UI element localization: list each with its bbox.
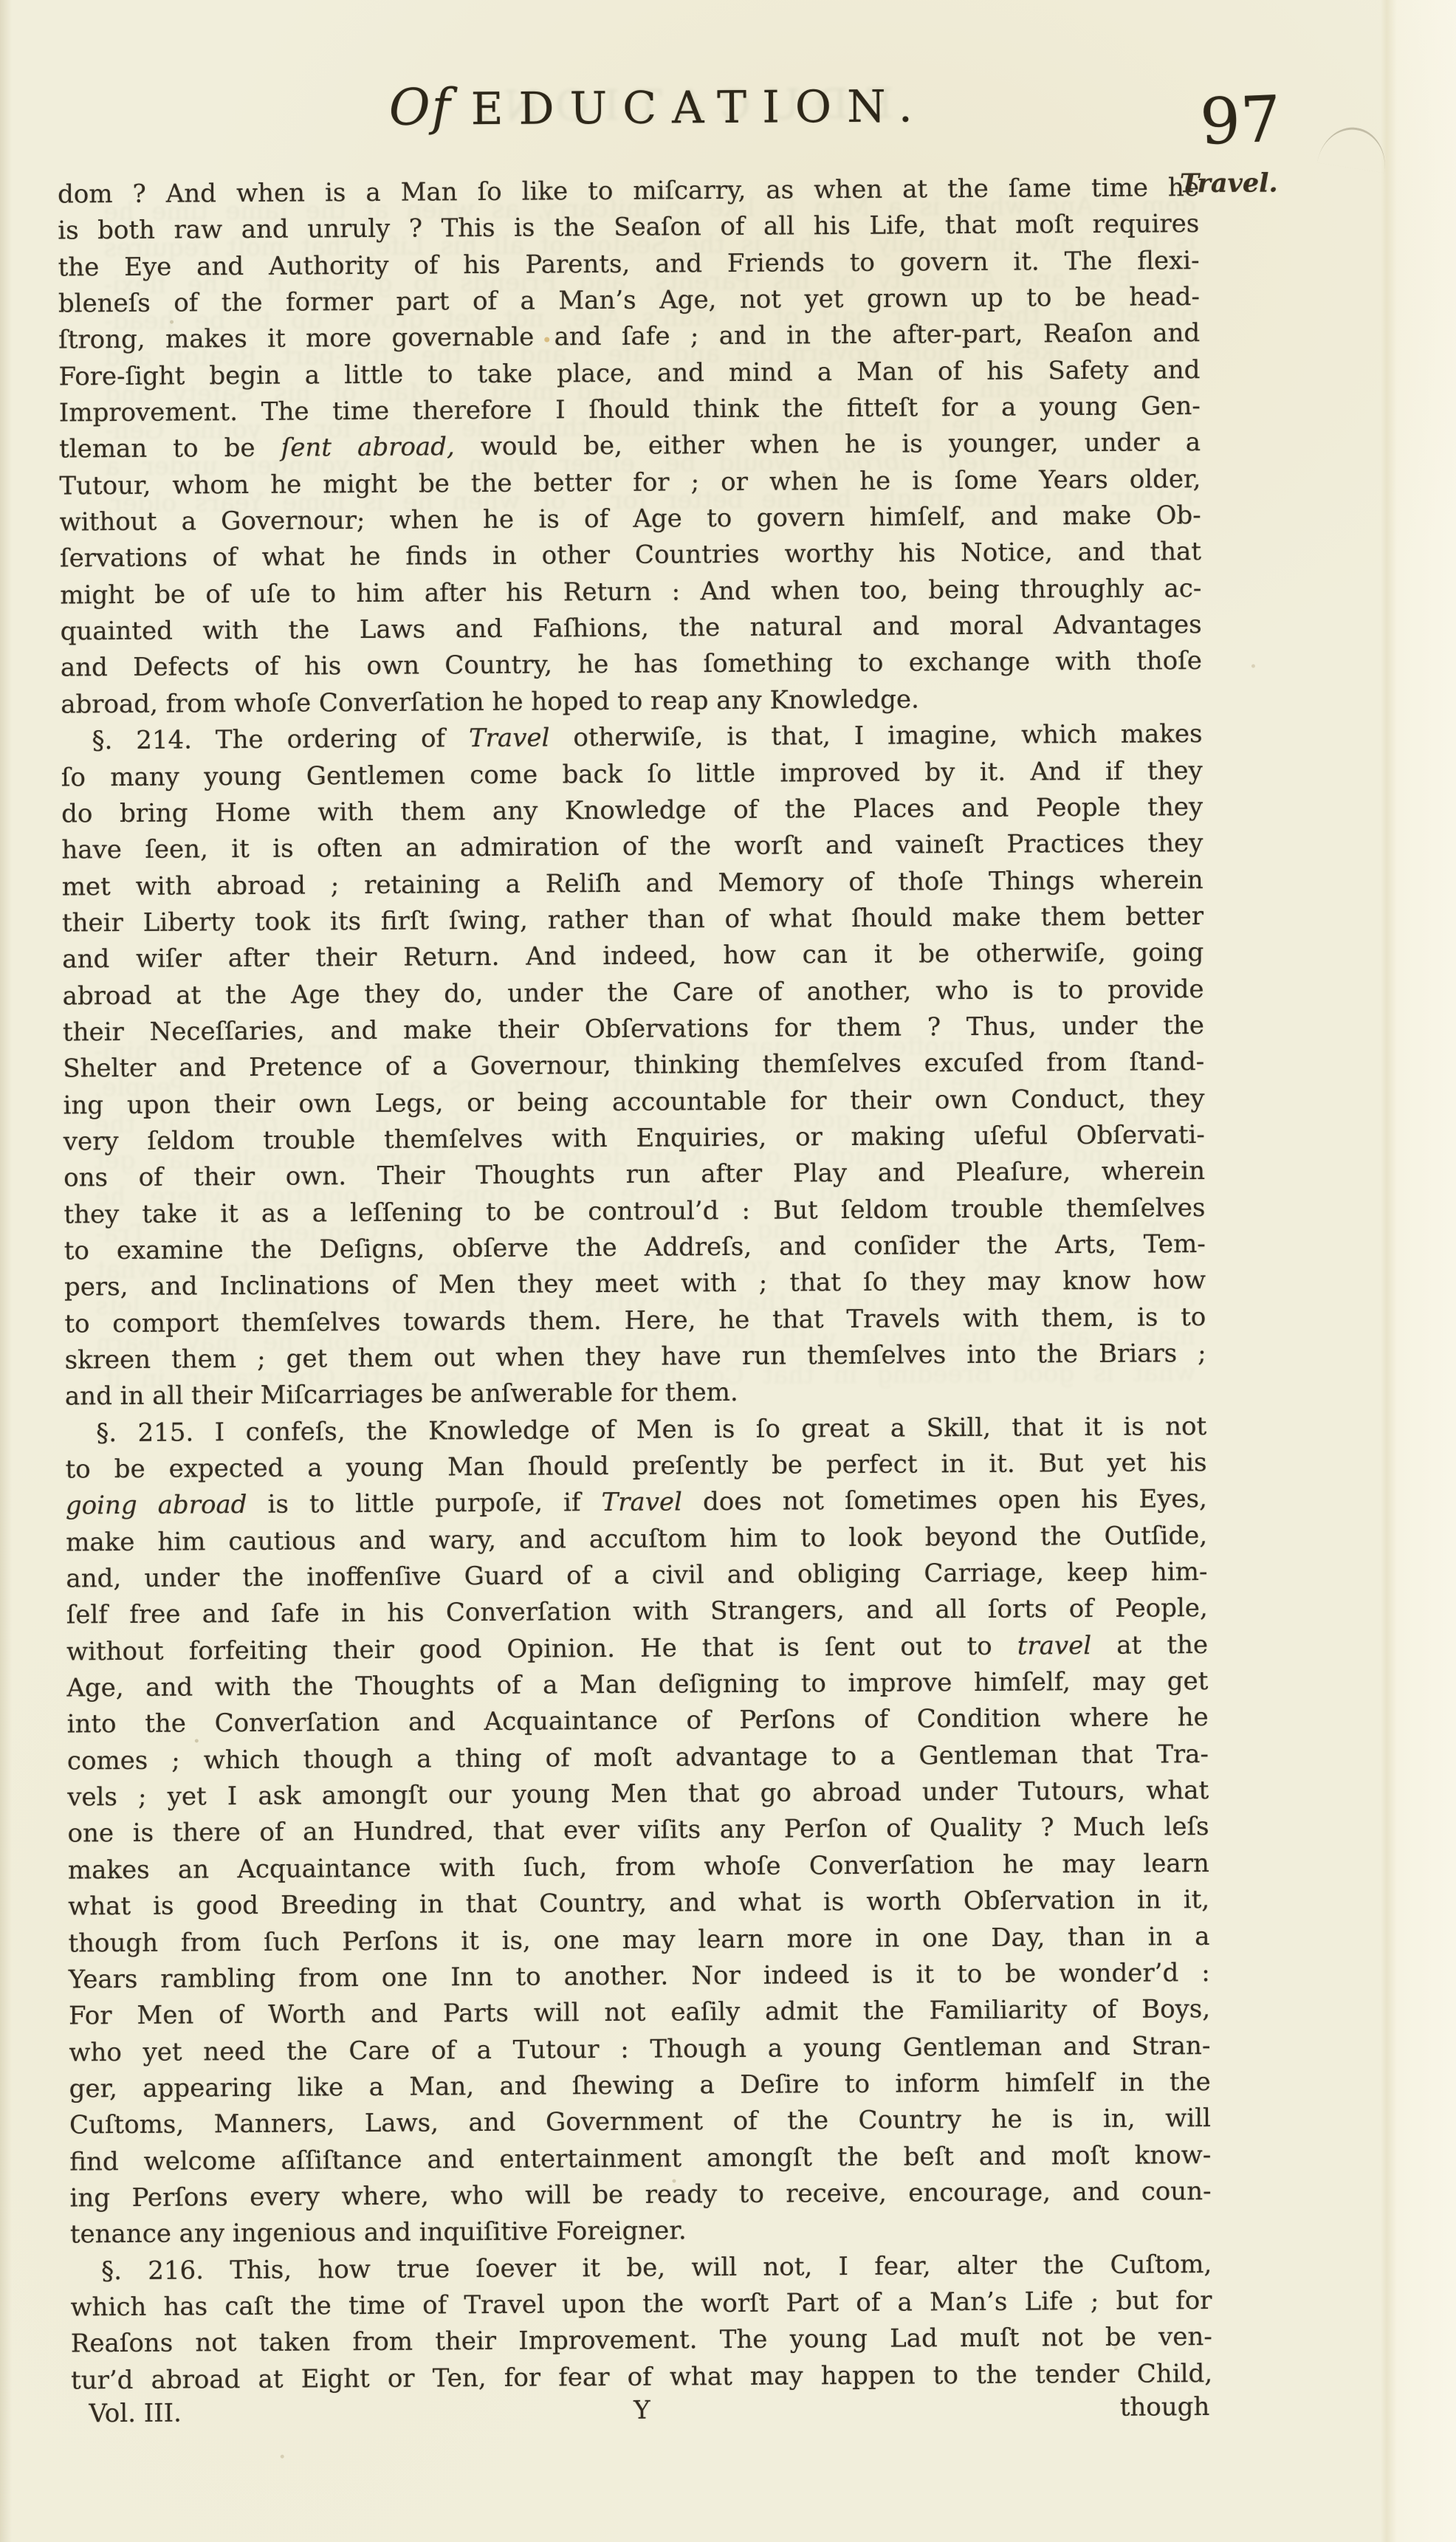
text-line: pers, and Inclinations of Men they meet … — [64, 1263, 1206, 1306]
volume-label: Vol. III. — [89, 2399, 182, 2429]
text-run: otherwiſe, is that, I imagine, which mak… — [549, 719, 1202, 752]
text-line: tleman to be ſent abroad, would be, eith… — [59, 425, 1201, 468]
text-run: find welcome aſſiſtance and entertainmen… — [69, 2140, 1211, 2177]
text-run: is both raw and unruly ? This is the Sea… — [58, 209, 1199, 245]
signature-mark: Y — [633, 2396, 650, 2425]
text-run: what is good Breeding in that Country, a… — [68, 1885, 1209, 1921]
text-run: quainted with the Laws and Faſhions, the… — [61, 610, 1202, 646]
text-run: tleman to be — [59, 433, 281, 464]
text-run: their Neceſſaries, and make their Obſerv… — [63, 1011, 1204, 1047]
text-run: and, under the inoffenſive Guard of a ci… — [66, 1557, 1207, 1593]
text-run: without forfeiting their good Opinion. H… — [66, 1631, 1017, 1666]
text-run: For Men of Worth and Parts will not eaſi… — [69, 1994, 1210, 2030]
text-run: dom ? And when is a Man ſo like to miſca… — [58, 173, 1199, 209]
text-run: Reaſons not taken from their Improvement… — [71, 2322, 1212, 2358]
text-run: Tutour, whom he might be the better for … — [59, 464, 1201, 501]
text-run: Fore-ſight begin a little to take place,… — [58, 355, 1200, 391]
text-run: pers, and Inclinations of Men they meet … — [64, 1265, 1206, 1302]
text-line: going abroad is to little purpoſe, if Tr… — [66, 1481, 1207, 1525]
text-run: ing upon their own Legs, or being accoun… — [63, 1084, 1204, 1120]
text-run: going abroad — [66, 1490, 247, 1520]
text-run: bleneſs of the former part of a Man’s Ag… — [58, 282, 1200, 318]
text-run: §. 215. I confeſs, the Knowledge of Men … — [96, 1412, 1206, 1448]
text-run: ger, appearing like a Man, and ſhewing a… — [69, 2067, 1211, 2103]
text-run: which has caſt the time of Travel upon t… — [70, 2286, 1212, 2322]
text-run: Shelter and Pretence of a Governour, thi… — [63, 1047, 1204, 1083]
text-run: to be expected a young Man ſhould preſen… — [65, 1448, 1206, 1484]
text-run: and wiſer after their Return. And indeed… — [62, 938, 1203, 974]
text-line: ing Perſons every where, who will be rea… — [69, 2174, 1211, 2217]
text-run: comes ; which though a thing of moſt adv… — [67, 1739, 1209, 1776]
text-run: ſelf free and ſafe in his Converſation w… — [66, 1593, 1208, 1629]
text-run: met with abroad ; retaining a Reliſh and… — [62, 865, 1203, 901]
text-line: ſtrong, makes it more governable and ſaf… — [58, 315, 1200, 359]
text-run: ſervations of what he finds in other Cou… — [60, 537, 1201, 574]
text-run: they take it as a leſſening to be contro… — [63, 1193, 1205, 1229]
text-run: one is there of an Hundred, that ever vi… — [67, 1812, 1209, 1848]
text-run: would be, either when he is younger, und… — [455, 427, 1201, 461]
page-number: 97 — [1198, 83, 1282, 159]
text-line: and Defects of his own Country, he has ſ… — [61, 644, 1202, 687]
text-run: to comport themſelves towards them. Here… — [64, 1302, 1206, 1339]
text-run: very ſeldom trouble themſelves with Enqu… — [63, 1120, 1205, 1156]
text-run: might be of uſe to him after his Return … — [60, 574, 1201, 610]
text-run: abroad, from whoſe Converſation he hoped… — [61, 684, 919, 719]
text-run: Cuſtoms, Manners, Laws, and Government o… — [69, 2103, 1211, 2140]
text-run: §. 216. This, how true ſoever it be, wil… — [101, 2250, 1212, 2286]
text-run: ſtrong, makes it more governable and ſaf… — [58, 318, 1200, 354]
text-run: who yet need the Care of a Tutour : Thou… — [69, 2031, 1210, 2067]
running-head: OfEDUCATION. — [88, 74, 1229, 139]
text-line: what is good Breeding in that Country, a… — [68, 1882, 1209, 1926]
text-run: Age, and with the Thoughts of a Man deſi… — [66, 1666, 1208, 1703]
text-line: and wiſer after their Return. And indeed… — [62, 935, 1203, 978]
text-run: have ſeen, it is often an admiration of … — [61, 828, 1203, 865]
text-run: abroad at the Age they do, under the Car… — [63, 975, 1204, 1011]
text-run: to examine the Deſigns, obſerve the Addr… — [64, 1229, 1206, 1265]
text-run: tur’d abroad at Eight or Ten, for fear o… — [71, 2359, 1212, 2395]
text-run: without a Governour; when he is of Age t… — [60, 501, 1201, 537]
running-head-of: Of — [389, 78, 452, 137]
text-run: Improvement. The time therefore I ſhould… — [59, 391, 1201, 427]
text-run: and in all their Miſcarriages be anſwera… — [65, 1378, 738, 1412]
text-line: §. 214. The ordering of Travel otherwiſe… — [61, 716, 1202, 760]
text-run: §. 214. The ordering of — [92, 724, 469, 755]
text-run: is to little purpoſe, if — [247, 1488, 601, 1519]
text-run: their Liberty took its firſt ſwing, rath… — [62, 901, 1203, 938]
text-line: Cuſtoms, Manners, Laws, and Government o… — [69, 2100, 1211, 2144]
pencil-mark — [1317, 123, 1390, 173]
text-run: Travel — [601, 1488, 682, 1518]
text-line: is both raw and unruly ? This is the Sea… — [58, 206, 1199, 250]
text-line: For Men of Worth and Parts will not eaſi… — [69, 1991, 1210, 2035]
text-run: ons of their own. Their Thoughts run aft… — [63, 1156, 1205, 1192]
text-line: ons of their own. Their Thoughts run aft… — [63, 1153, 1205, 1197]
text-run: make him cautious and wary, and accuſtom… — [66, 1521, 1207, 1557]
text-line: Shelter and Pretence of a Governour, thi… — [63, 1044, 1204, 1088]
text-run: at the — [1091, 1630, 1208, 1660]
text-line: ſelf free and ſafe in his Converſation w… — [66, 1590, 1208, 1634]
page-body: dom ? And when is a Man ſo like to miſca… — [58, 170, 1212, 2399]
text-run: vels ; yet I ask amongſt our young Men t… — [67, 1776, 1209, 1812]
text-run: travel — [1017, 1631, 1092, 1661]
text-run: tenance any ingenious and inquiſitive Fo… — [70, 2216, 687, 2250]
text-line: skreen them ; get them out when they hav… — [65, 1336, 1206, 1379]
text-run: ſo many young Gentlemen come back ſo lit… — [61, 756, 1203, 792]
text-run: the Eye and Authority of his Parents, an… — [58, 246, 1200, 282]
text-run: ing Perſons every where, who will be rea… — [69, 2177, 1211, 2213]
text-run: ſent abroad, — [281, 433, 455, 463]
text-run: skreen them ; get them out when they hav… — [65, 1339, 1206, 1375]
page-scan: EDUCATION. dom ? And when is a Man ſo li… — [0, 0, 1456, 2542]
text-line: have ſeen, it is often an admiration of … — [61, 825, 1203, 869]
text-run: and Defects of his own Country, he has ſ… — [61, 647, 1202, 683]
text-run: does not ſometimes open his Eyes, — [682, 1484, 1207, 1516]
page-footer: Vol. III. Y though — [71, 2392, 1212, 2437]
sheet: EDUCATION. dom ? And when is a Man ſo li… — [0, 0, 1456, 2542]
text-run: makes an Acquaintance with ſuch, from wh… — [68, 1849, 1209, 1885]
running-head-title: EDUCATION. — [471, 80, 928, 135]
text-line: Reaſons not taken from their Improvement… — [71, 2319, 1212, 2363]
text-run: do bring Home with them any Knowledge of… — [61, 792, 1203, 828]
text-run: into the Converſation and Acquaintance o… — [67, 1703, 1209, 1739]
text-run: though from ſuch Perſons it is, one may … — [68, 1922, 1209, 1958]
text-run: Years rambling from one Inn to another. … — [69, 1958, 1210, 1994]
catchword: though — [1120, 2392, 1210, 2422]
text-run: Travel — [469, 724, 550, 754]
